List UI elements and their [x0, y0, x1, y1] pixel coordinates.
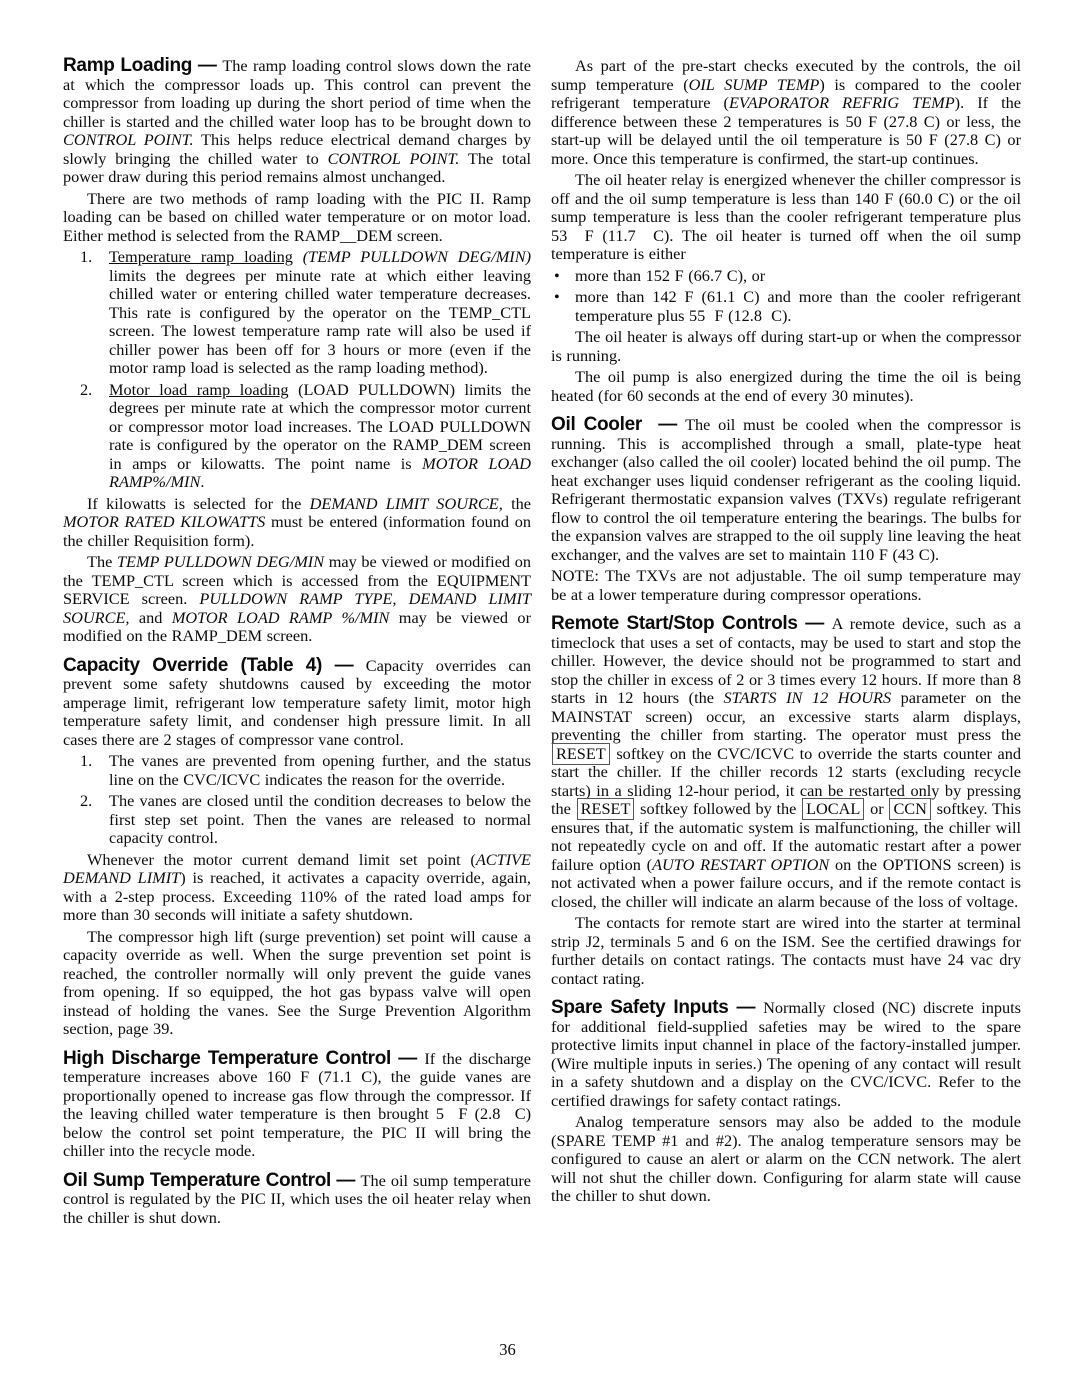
text-run: more than 142 F (61.1 C) and more than t…: [575, 287, 1021, 325]
text-run: Whenever the motor current demand limit …: [87, 850, 476, 869]
text-run: There are two methods of ramp loading wi…: [63, 189, 531, 245]
list-marker: •: [551, 288, 575, 325]
text-run: The oil heater relay is energized whenev…: [551, 170, 1021, 263]
section-spare-safety-inputs: Spare Safety Inputs — Normally closed (N…: [551, 999, 1021, 1110]
text-run: Temperature ramp loading: [109, 247, 293, 266]
para-oil-pump: The oil pump is also energized during th…: [551, 368, 1021, 405]
text-run: OIL SUMP TEMP: [689, 75, 820, 94]
section-heading: Remote Start/Stop Controls —: [551, 613, 832, 634]
text-run: The vanes are prevented from opening fur…: [109, 751, 531, 789]
list-marker: •: [551, 267, 575, 286]
list-item: 1.The vanes are prevented from opening f…: [63, 752, 531, 789]
section-oil-sump: Oil Sump Temperature Control — The oil s…: [63, 1172, 531, 1228]
text-run: Motor load ramp loading: [109, 380, 289, 399]
section-heading: Ramp Loading —: [63, 55, 222, 76]
text-run: .: [200, 472, 204, 491]
text-run: The contacts for remote start are wired …: [551, 913, 1021, 988]
para-ramp-methods: There are two methods of ramp loading wi…: [63, 190, 531, 246]
list-marker: 1.: [63, 752, 109, 789]
text-run: AUTO RESTART OPTION: [652, 855, 829, 874]
text-run: The vanes are closed until the condition…: [109, 791, 531, 847]
section-remote-start-stop: Remote Start/Stop Controls — A remote de…: [551, 615, 1021, 911]
text-run: (TEMP PULLDOWN DEG/MIN): [303, 247, 531, 266]
text-run: MOTOR LOAD RAMP %/MIN: [172, 608, 390, 627]
list-oil-heater-off: •more than 152 F (66.7 C), or•more than …: [551, 267, 1021, 326]
text-run: TEMP PULLDOWN DEG/MIN: [117, 552, 324, 571]
text-run: DEMAND LIMIT SOURCE: [310, 494, 499, 513]
text-run: NOTE: The TXVs are not adjustable. The o…: [551, 566, 1021, 604]
para-prestart-checks: As part of the pre-start checks executed…: [551, 57, 1021, 168]
para-analog-sensors: Analog temperature sensors may also be a…: [551, 1113, 1021, 1206]
right-text-column: As part of the pre-start checks executed…: [551, 57, 1021, 1206]
para-oil-heater-relay: The oil heater relay is energized whenev…: [551, 171, 1021, 264]
list-item: •more than 142 F (61.1 C) and more than …: [551, 288, 1021, 325]
text-run: CONTROL POINT.: [328, 149, 460, 168]
text-run: and: [129, 608, 171, 627]
text-run: CONTROL POINT.: [63, 130, 194, 149]
list-marker: 2.: [63, 792, 109, 848]
text-run: STARTS IN 12 HOURS: [724, 688, 892, 707]
text-run: The compressor high lift (surge preventi…: [63, 927, 531, 1039]
text-run: The oil must be cooled when the compress…: [551, 415, 1021, 564]
section-capacity-override: Capacity Override (Table 4) — Capacity o…: [63, 657, 531, 750]
text-run: , the: [499, 494, 531, 513]
list-item: 2.The vanes are closed until the conditi…: [63, 792, 531, 848]
list-marker: 1.: [63, 248, 109, 378]
section-high-discharge: High Discharge Temperature Control — If …: [63, 1050, 531, 1161]
list-item-text: more than 142 F (61.1 C) and more than t…: [575, 288, 1021, 325]
list-item: •more than 152 F (66.7 C), or: [551, 267, 1021, 286]
page-number: 36: [0, 1340, 1015, 1360]
list-item-text: Motor load ramp loading (LOAD PULLDOWN) …: [109, 381, 531, 492]
text-run: MOTOR RATED KILOWATTS: [63, 512, 265, 531]
text-run: or: [865, 799, 888, 818]
list-item-text: The vanes are closed until the condition…: [109, 792, 531, 848]
list-marker: 2.: [63, 381, 109, 492]
text-run: EVAPORATOR REFRIG TEMP: [729, 93, 955, 112]
section-heading: Spare Safety Inputs —: [551, 997, 763, 1018]
para-kilowatts: If kilowatts is selected for the DEMAND …: [63, 495, 531, 551]
list-item: 2.Motor load ramp loading (LOAD PULLDOWN…: [63, 381, 531, 492]
text-run: more than 152 F (66.7 C), or: [575, 266, 765, 285]
section-ramp-loading: Ramp Loading — The ramp loading control …: [63, 57, 531, 187]
section-heading: Oil Cooler —: [551, 414, 685, 435]
para-temp-pulldown: The TEMP PULLDOWN DEG/MIN may be viewed …: [63, 553, 531, 646]
para-heater-always-off: The oil heater is always off during star…: [551, 328, 1021, 365]
para-demand-limit: Whenever the motor current demand limit …: [63, 851, 531, 925]
text-run: The: [87, 552, 117, 571]
list-item-text: Temperature ramp loading (TEMP PULLDOWN …: [109, 248, 531, 378]
list-item-text: more than 152 F (66.7 C), or: [575, 267, 1021, 286]
list-item-text: The vanes are prevented from opening fur…: [109, 752, 531, 789]
section-heading: High Discharge Temperature Control —: [63, 1048, 424, 1069]
para-remote-contacts: The contacts for remote start are wired …: [551, 914, 1021, 988]
text-run: If kilowatts is selected for the: [87, 494, 310, 513]
text-run: [293, 247, 303, 266]
text-run: softkey followed by the: [635, 799, 801, 818]
text-run: The oil heater is always off during star…: [551, 327, 1021, 365]
left-text-column: Ramp Loading — The ramp loading control …: [63, 57, 531, 1227]
text-run: The oil pump is also energized during th…: [551, 367, 1021, 405]
text-run: limits the degrees per minute rate at wh…: [109, 266, 531, 378]
para-surge-prevention: The compressor high lift (surge preventi…: [63, 928, 531, 1039]
text-run: Analog temperature sensors may also be a…: [551, 1112, 1021, 1205]
note-txv: NOTE: The TXVs are not adjustable. The o…: [551, 567, 1021, 604]
document-page: Ramp Loading — The ramp loading control …: [0, 0, 1080, 1397]
list-ramp-methods: 1.Temperature ramp loading (TEMP PULLDOW…: [63, 248, 531, 492]
section-heading: Oil Sump Temperature Control —: [63, 1170, 361, 1191]
list-item: 1.Temperature ramp loading (TEMP PULLDOW…: [63, 248, 531, 378]
list-vane-stages: 1.The vanes are prevented from opening f…: [63, 752, 531, 848]
section-oil-cooler: Oil Cooler — The oil must be cooled when…: [551, 416, 1021, 564]
section-heading: Capacity Override (Table 4) —: [63, 655, 366, 676]
